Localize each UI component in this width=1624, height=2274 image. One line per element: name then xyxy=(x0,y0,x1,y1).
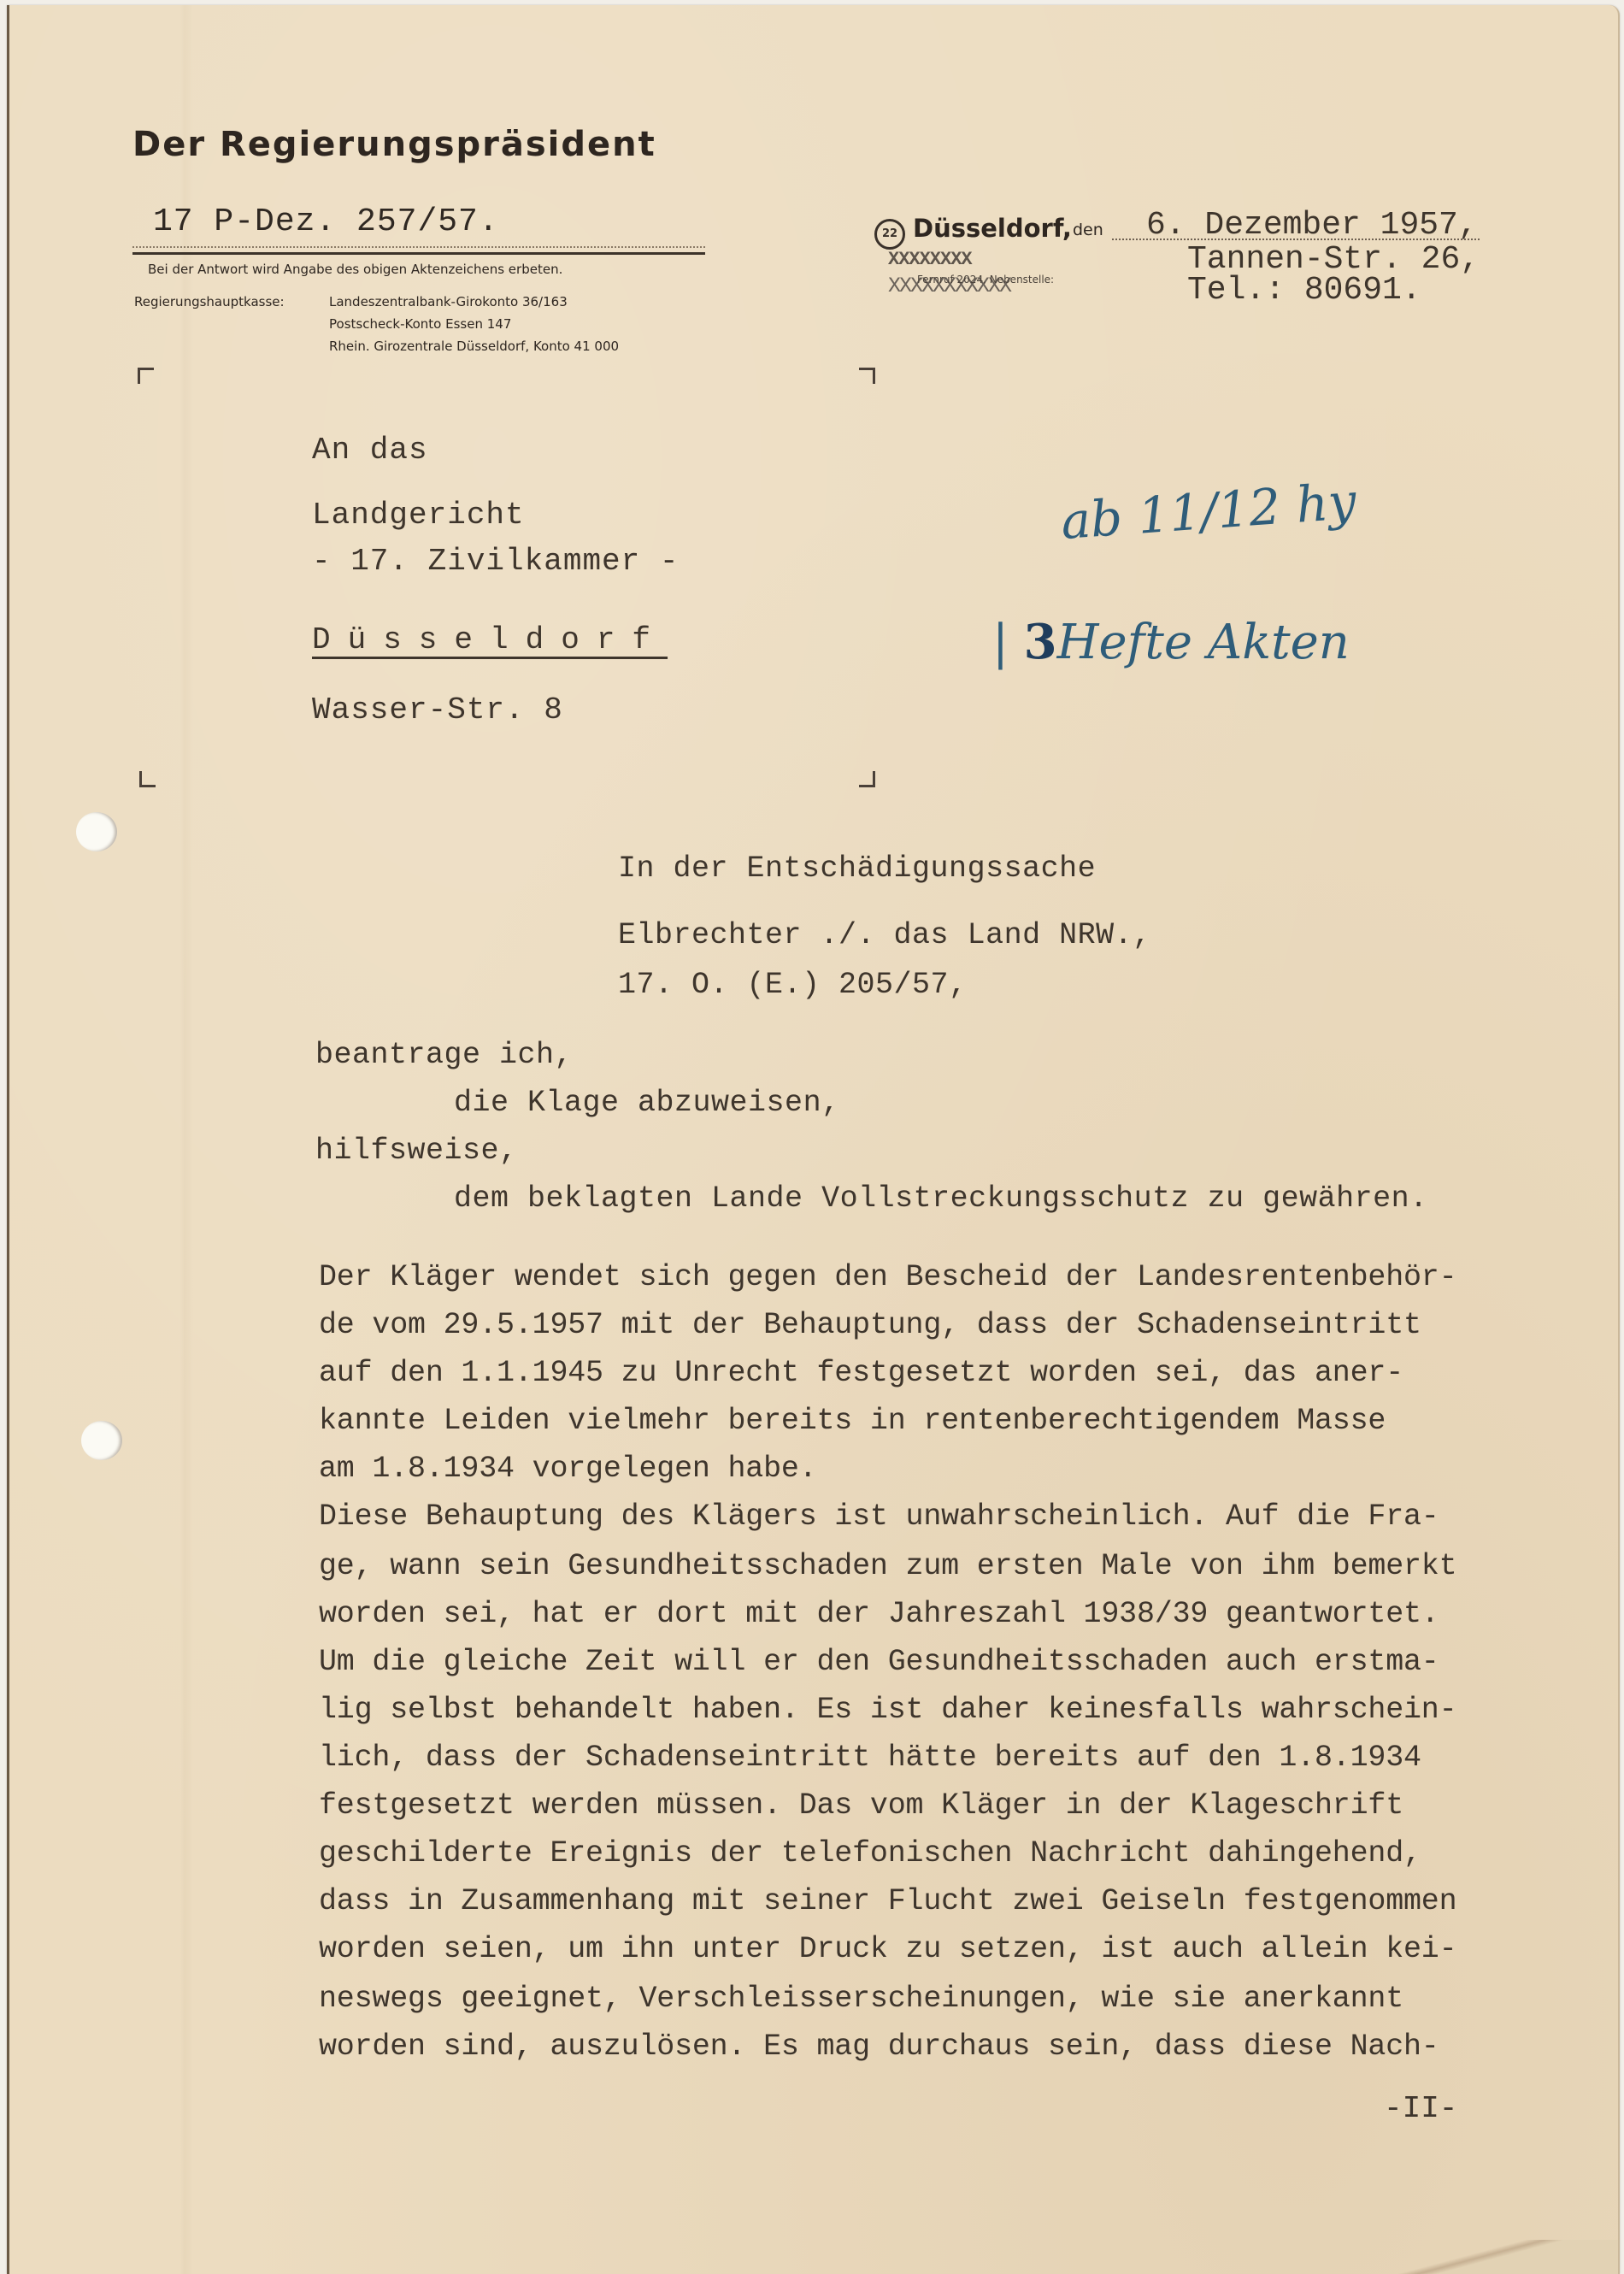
body-line: am 1.8.1934 vorgelegen habe. xyxy=(319,1452,817,1486)
case-intro: In der Entschädigungssache xyxy=(618,851,1096,886)
body-line: worden sei, hat er dort mit der Jahresza… xyxy=(319,1597,1439,1631)
letterhead-title: Der Regierungspräsident xyxy=(132,125,656,164)
body-line: lich, dass der Schadenseintritt hätte be… xyxy=(319,1741,1421,1775)
handwritten-note-files: | 3Hefte Akten xyxy=(992,614,1350,670)
sender-city: Düsseldorf, xyxy=(913,214,1072,243)
motion-line-3: hilfsweise, xyxy=(315,1134,518,1168)
recipient-city: Düsseldorf xyxy=(312,622,668,657)
case-number: 17. O. (E.) 205/57, xyxy=(618,968,968,1002)
reference-hint: Bei der Antwort wird Angabe des obigen A… xyxy=(148,262,562,277)
body-line: geschilderte Ereignis der telefonischen … xyxy=(319,1836,1421,1870)
body-line: auf den 1.1.1945 zu Unrecht festgesetzt … xyxy=(319,1356,1403,1390)
bank-label: Regierungshauptkasse: xyxy=(134,294,285,309)
document-page: Der Regierungspräsident 17 P-Dez. 257/57… xyxy=(7,5,1620,2274)
handwritten-note-count: 3 xyxy=(1024,614,1057,670)
bank-line-postscheck: Postscheck-Konto Essen 147 xyxy=(329,316,511,332)
punch-hole-icon xyxy=(81,1421,122,1460)
page-continuation-marker: -II- xyxy=(1384,2091,1457,2126)
punch-hole-icon xyxy=(76,812,117,851)
address-window-corner-top-left-icon xyxy=(138,368,154,384)
address-window-corner-bottom-left-icon xyxy=(139,771,156,787)
case-parties: Elbrechter ./. das Land NRW., xyxy=(618,918,1151,952)
reference-dotted-line xyxy=(132,246,705,248)
body-line: Diese Behauptung des Klägers ist unwahrs… xyxy=(319,1499,1439,1534)
bank-line-girokonto: Landeszentralbank-Girokonto 36/163 xyxy=(329,294,568,309)
body-line: Der Kläger wendet sich gegen den Beschei… xyxy=(319,1260,1456,1294)
reference-number: 17 P-Dez. 257/57. xyxy=(153,203,499,240)
reference-rule xyxy=(132,252,705,255)
body-line: festgesetzt werden müssen. Das vom Kläge… xyxy=(319,1788,1403,1823)
motion-line-1: beantrage ich, xyxy=(315,1038,573,1072)
struck-out-phone-overprint: Fernruf 2024, Nebenstelle: xyxy=(917,274,1054,286)
body-line: worden seien, um ihn unter Druck zu setz… xyxy=(319,1932,1456,1966)
recipient-chamber: - 17. Zivilkammer - xyxy=(312,544,679,579)
motion-line-4: dem beklagten Lande Vollstreckungsschutz… xyxy=(454,1181,1428,1216)
body-line: neswegs geeignet, Verschleisserscheinung… xyxy=(319,1982,1403,2016)
body-line: lig selbst behandelt haben. Es ist daher… xyxy=(319,1693,1456,1727)
struck-out-line-1: XXXXXXXX xyxy=(888,249,972,270)
handwritten-note-files-text: Hefte Akten xyxy=(1057,615,1350,670)
body-line: dass in Zusammenhang mit seiner Flucht z… xyxy=(319,1884,1456,1918)
recipient-street: Wasser-Str. 8 xyxy=(312,692,563,728)
postal-district-stamp-icon: 22 xyxy=(874,219,905,250)
bank-line-girozentrale: Rhein. Girozentrale Düsseldorf, Konto 41… xyxy=(329,339,619,354)
sender-telephone: Tel.: 80691. xyxy=(1187,272,1421,309)
body-line: ge, wann sein Gesundheitsschaden zum ers… xyxy=(319,1549,1456,1583)
handwritten-note-date: ab 11/12 hy xyxy=(1059,472,1358,551)
body-line: worden sind, auszulösen. Es mag durchaus… xyxy=(319,2030,1439,2064)
recipient-line-1: An das xyxy=(312,433,428,468)
body-line: de vom 29.5.1957 mit der Behauptung, das… xyxy=(319,1308,1421,1342)
body-line: Um die gleiche Zeit will er den Gesundhe… xyxy=(319,1645,1439,1679)
body-line: kannte Leiden vielmehr bereits in renten… xyxy=(319,1404,1386,1438)
recipient-court: Landgericht xyxy=(312,498,525,533)
address-window-corner-top-right-icon xyxy=(859,368,875,384)
page-fold-shadow xyxy=(1345,2240,1618,2274)
motion-line-2: die Klage abzuweisen, xyxy=(454,1086,840,1120)
address-window-corner-bottom-right-icon xyxy=(859,771,875,787)
letter-date: 6. Dezember 1957, xyxy=(1146,207,1478,244)
date-label: den xyxy=(1073,221,1103,239)
